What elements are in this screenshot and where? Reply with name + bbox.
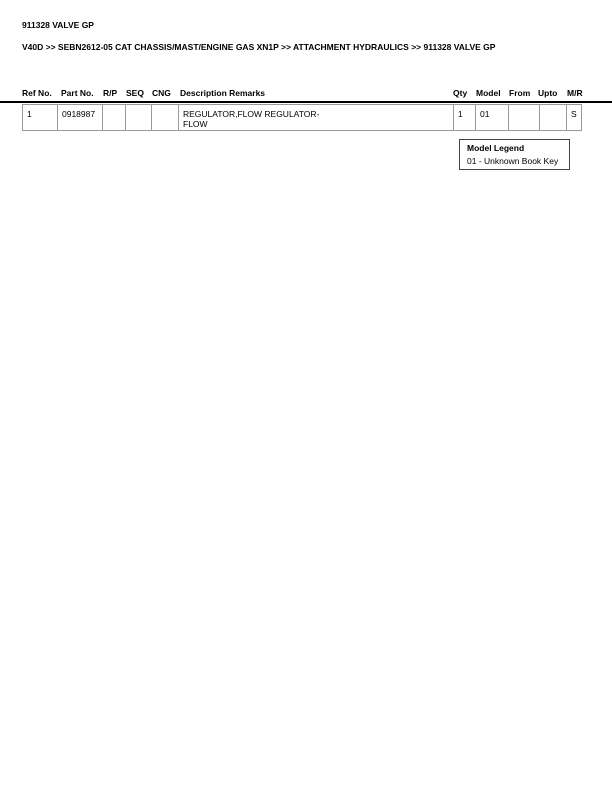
cell-cng [152,105,179,130]
header-upto: Upto [538,88,557,98]
header-from: From [509,88,530,98]
description-line-1: REGULATOR,FLOW REGULATOR- [183,109,453,119]
model-legend-title: Model Legend [467,143,569,153]
cell-mr: S [567,105,582,130]
model-legend: Model Legend 01 - Unknown Book Key [459,139,570,170]
header-mr: M/R [567,88,583,98]
cell-rp [103,105,126,130]
cell-part-no: 0918987 [58,105,103,130]
cell-from [509,105,540,130]
header-rp: R/P [103,88,117,98]
breadcrumb: V40D >> SEBN2612-05 CAT CHASSIS/MAST/ENG… [22,42,495,52]
cell-model: 01 [476,105,509,130]
cell-upto [540,105,567,130]
header-qty: Qty [453,88,467,98]
header-ref-no: Ref No. [22,88,52,98]
cell-seq [126,105,152,130]
cell-qty: 1 [454,105,476,130]
cell-ref-no: 1 [23,105,58,130]
header-cng: CNG [152,88,171,98]
header-description: Description Remarks [180,88,265,98]
header-seq: SEQ [126,88,144,98]
header-divider [0,101,612,103]
cell-description: REGULATOR,FLOW REGULATOR- FLOW [179,105,454,130]
header-part-no: Part No. [61,88,94,98]
table-row: 1 0918987 REGULATOR,FLOW REGULATOR- FLOW… [22,104,582,131]
header-model: Model [476,88,501,98]
page-title: 911328 VALVE GP [22,20,94,30]
description-line-2: FLOW [183,119,453,129]
model-legend-entry: 01 - Unknown Book Key [467,156,569,166]
